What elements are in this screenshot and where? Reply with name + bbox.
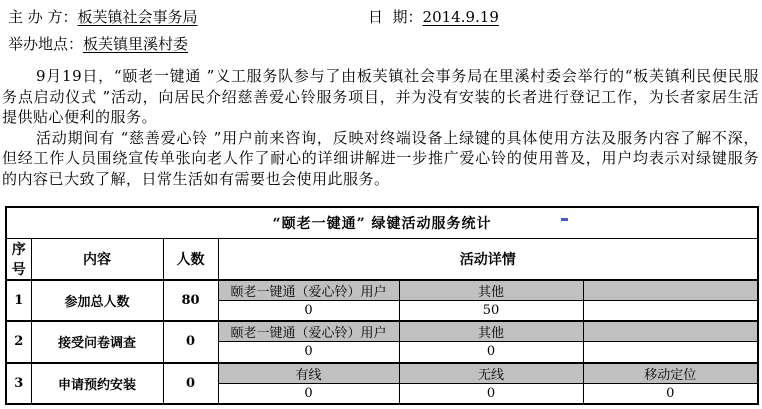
date-value: 2014.9.19 <box>423 8 499 26</box>
venue-label: 举办地点： <box>8 35 83 53</box>
venue-value: 板芙镇里溪村委 <box>83 35 188 53</box>
document-page: { "meta": { "organizer_label": "主 办 方：",… <box>0 0 762 409</box>
date-block: 日 期：2014.9.19 <box>368 4 499 31</box>
organizer-label: 主 办 方： <box>8 8 78 26</box>
row3-content: 申请预约安装 <box>31 363 163 405</box>
table-row: 2 接受问卷调查 0 颐老一键通（爱心铃）用户 其他 <box>6 321 758 342</box>
header-count: 人数 <box>163 238 218 280</box>
venue-line: 举办地点：板芙镇里溪村委 <box>0 31 762 58</box>
header-details: 活动详情 <box>218 238 758 280</box>
row1-content: 参加总人数 <box>31 280 163 322</box>
row2-content: 接受问卷调查 <box>31 321 163 363</box>
row1-detail-value-2: 50 <box>399 300 583 321</box>
table-row: 1 参加总人数 80 颐老一键通（爱心铃）用户 其他 <box>6 280 758 301</box>
row3-detail-header-1: 有线 <box>218 363 399 384</box>
row3-detail-header-2: 无线 <box>399 363 583 384</box>
row2-detail-value-2: 0 <box>399 342 583 363</box>
row1-detail-header-1: 颐老一键通（爱心铃）用户 <box>218 280 399 301</box>
date-label: 日 期： <box>368 8 423 26</box>
table-row: 3 申请预约安装 0 有线 无线 移动定位 <box>6 363 758 384</box>
row2-detail-header-1: 颐老一键通（爱心铃）用户 <box>218 321 399 342</box>
row2-detail-header-3 <box>583 321 758 342</box>
organizer-value: 板芙镇社会事务局 <box>78 8 198 26</box>
row1-detail-header-3 <box>583 280 758 301</box>
header-content: 内容 <box>31 238 163 280</box>
row2-no: 2 <box>6 321 31 363</box>
paragraph-activity-summary: 9月19日，“颐老一键通 ”义工服务队参与了由板芙镇社会事务局在里溪村委会举行的… <box>2 66 759 128</box>
row2-detail-value-1: 0 <box>218 342 399 363</box>
document-header: 主 办 方：板芙镇社会事务局 日 期：2014.9.19 举办地点：板芙镇里溪村… <box>0 4 762 58</box>
row1-detail-header-2: 其他 <box>399 280 583 301</box>
table-title-row: “颐老一键通” 绿键活动服务统计 <box>6 207 758 238</box>
row1-detail-value-3 <box>583 300 758 321</box>
row1-no: 1 <box>6 280 31 322</box>
row1-detail-value-1: 0 <box>218 300 399 321</box>
blue-mark-artifact <box>561 218 568 221</box>
row3-no: 3 <box>6 363 31 405</box>
row2-count: 0 <box>163 321 218 363</box>
row2-detail-value-3 <box>583 342 758 363</box>
header-no: 序号 <box>6 238 31 280</box>
table-title: “颐老一键通” 绿键活动服务统计 <box>6 207 758 238</box>
row3-detail-value-3: 0 <box>583 383 758 404</box>
organizer-line: 主 办 方：板芙镇社会事务局 日 期：2014.9.19 <box>0 4 762 31</box>
service-statistics-table: “颐老一键通” 绿键活动服务统计 序号 内容 人数 活动详情 1 参加总人数 8… <box>5 206 759 405</box>
row3-detail-header-3: 移动定位 <box>583 363 758 384</box>
row1-count: 80 <box>163 280 218 322</box>
table-header-row: 序号 内容 人数 活动详情 <box>6 238 758 280</box>
row2-detail-header-2: 其他 <box>399 321 583 342</box>
row3-detail-value-1: 0 <box>218 383 399 404</box>
row3-count: 0 <box>163 363 218 405</box>
paragraph-user-feedback: 活动期间有 “慈善爱心铃 ”用户前来咨询，反映对终端设备上绿键的具体使用方法及服… <box>2 128 759 190</box>
row3-detail-value-2: 0 <box>399 383 583 404</box>
report-body: 9月19日，“颐老一键通 ”义工服务队参与了由板芙镇社会事务局在里溪村委会举行的… <box>2 66 759 189</box>
